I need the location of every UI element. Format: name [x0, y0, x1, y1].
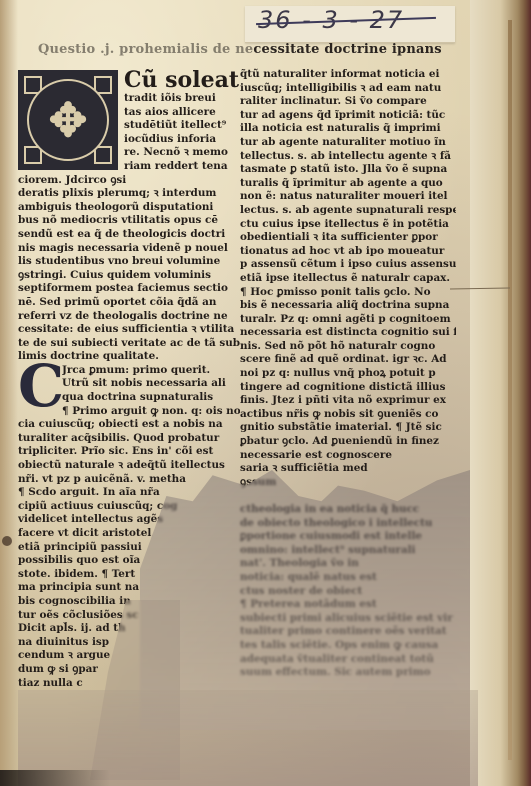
- text-line: riam reddert tena: [124, 160, 240, 174]
- initial-letter-c: C: [18, 364, 60, 408]
- decorated-initial-c: ✥: [18, 70, 118, 170]
- text-line: Utrũ sit nobis necessaria ali: [62, 377, 240, 391]
- text-line: iocũdius inforia: [124, 133, 240, 147]
- text-line: tradit iõis breui: [124, 92, 240, 106]
- text-line: Jrca ꝑmum: primo querit.: [62, 364, 240, 378]
- text-line: tellectus. s. ab intellectu agente ꝛ fã: [240, 150, 456, 164]
- text-line: sendũ est ea q̃ de theologicis doctri: [18, 228, 240, 242]
- text-line: tingere ad cognitione distictã illius: [240, 381, 456, 395]
- text-line: deratis plixis plerumq; ꝛ interdum: [18, 187, 240, 201]
- text-line: tur ab agente naturaliter motiuo ĩn: [240, 136, 456, 150]
- text-line: tripliciter. Prĩo sic. Ens in' cõi est: [18, 445, 240, 459]
- text-line: ciorem. Jdcirco ꝯsi: [18, 174, 240, 188]
- text-line: scere finẽ ad quẽ ordinat. igr ꝛc. Ad: [240, 353, 456, 367]
- text-line: obiectũ naturale ꝛ adeq̃tũ itellectus: [18, 459, 240, 473]
- text-line: actibus nr̃is ꝙ nobis sit ꝯueniẽs co: [240, 408, 456, 422]
- running-head: Questio .j. prohemialis de necessitate d…: [38, 42, 458, 57]
- text-line: lis studentibus vno breui volumine: [18, 255, 240, 269]
- text-line: te de sui subiecti veritate ac de tã sub: [18, 337, 240, 351]
- text-line: turaliter acq̃sibilis. Quod probatur: [18, 432, 240, 446]
- text-line: finis. Jtez i pñti vita nõ exprimur ex: [240, 394, 456, 408]
- floral-cross-icon: ✥: [49, 97, 88, 143]
- text-line: necessaria est distincta cognitio sui fi: [240, 326, 456, 340]
- text-line: illa noticia est naturalis q̃ imprimi: [240, 122, 456, 136]
- text-line: ctu cuius ipse itellectus ẽ in potẽtia: [240, 218, 456, 232]
- text-line: lectus. s. ab agente supnaturali respe: [240, 204, 456, 218]
- text-line: turalis q̃ ĩprimitur ab agente a quo: [240, 177, 456, 191]
- text-line: septiformem postea faciemus sectio: [18, 282, 240, 296]
- text-line: studētiũt itellect⁹: [124, 119, 240, 133]
- page-left-edge: [0, 0, 18, 786]
- text-line: tasmate ꝑ statũ isto. Jlla ṽo ẽ supna: [240, 163, 456, 177]
- text-line: non ẽ: natus naturaliter moueri itel: [240, 190, 456, 204]
- text-line: ¶ Hoc ꝑmisso ponit talis ꝯclo. No: [240, 286, 456, 300]
- text-line: cia cuiuscũq; obiecti est a nobis na: [18, 418, 240, 432]
- text-line: tas aios allicere: [124, 106, 240, 120]
- text-line: tionatus ad hoc vt ab ipo moueatur: [240, 245, 456, 259]
- text-line: gnitio substãtie imaterial. ¶ Jtẽ sic: [240, 421, 456, 435]
- text-line: re. Necnõ ꝛ memo: [124, 146, 240, 160]
- text-line: raliter inclinatur. Si ṽo compare: [240, 95, 456, 109]
- bottom-left-shadow: [0, 770, 110, 786]
- text-line: bus nõ mediocris vtilitatis opus cē: [18, 214, 240, 228]
- running-head-dark: cessitate doctrine ipnans: [253, 42, 441, 57]
- text-line: limis doctrine qualitate.: [18, 350, 240, 364]
- text-line: cessitate: de eius sufficientia ꝛ vtilit…: [18, 323, 240, 337]
- running-head-faded: Questio .j. prohemialis de ne: [38, 42, 253, 57]
- text-line: tur ad agens q̃d ĩprimit noticiã: tũc: [240, 109, 456, 123]
- text-line: referri vz de theologalis doctrine ne: [18, 310, 240, 324]
- text-line: nē. Sed primũ oportet cõia q̃dã an: [18, 296, 240, 310]
- text-line: bis ẽ necessaria aliq̃ doctrina supna: [240, 299, 456, 313]
- text-line: etiã ipse itellectus ẽ naturalr capax.: [240, 272, 456, 286]
- text-line: ꝯstringi. Cuius quidem voluminis: [18, 269, 240, 283]
- text-line: nis. Sed nõ põt hõ naturalr cogno: [240, 340, 456, 354]
- text-line: obedientiali ꝛ ita sufficienter ꝑpor: [240, 231, 456, 245]
- manuscript-page: 36 - 3 - 27 Questio .j. prohemialis de n…: [0, 0, 531, 786]
- text-line: noi pz q: nullus vnq̃ phoꝝ potuit p: [240, 367, 456, 381]
- text-line: q̃tũ naturaliter informat noticia ei: [240, 68, 456, 82]
- text-line: iuscũq; intelligibilis ꝛ ad eam natu: [240, 82, 456, 96]
- text-line: ambiguis theologorũ disputationi: [18, 201, 240, 215]
- binding-fold: [508, 20, 512, 760]
- text-line: ¶ Primo arguit ꝙ non. q: ois noti: [62, 405, 240, 419]
- text-line: qua doctrina supnaturalis: [62, 391, 240, 405]
- text-line: ꝑbatur ꝯclo. Ad ꝑueniendũ in finez: [240, 435, 456, 449]
- binding-edge: [470, 0, 531, 786]
- text-line: p assensũ cẽtum i ipso cuius assensus: [240, 258, 456, 272]
- text-line: turalr. Pz q: omni agẽti p cognitoem: [240, 313, 456, 327]
- text-line: necessarie est cognoscere: [240, 449, 456, 463]
- text-line: nis magis necessaria videnẽ p nouel: [18, 242, 240, 256]
- ink-blot: [2, 536, 12, 546]
